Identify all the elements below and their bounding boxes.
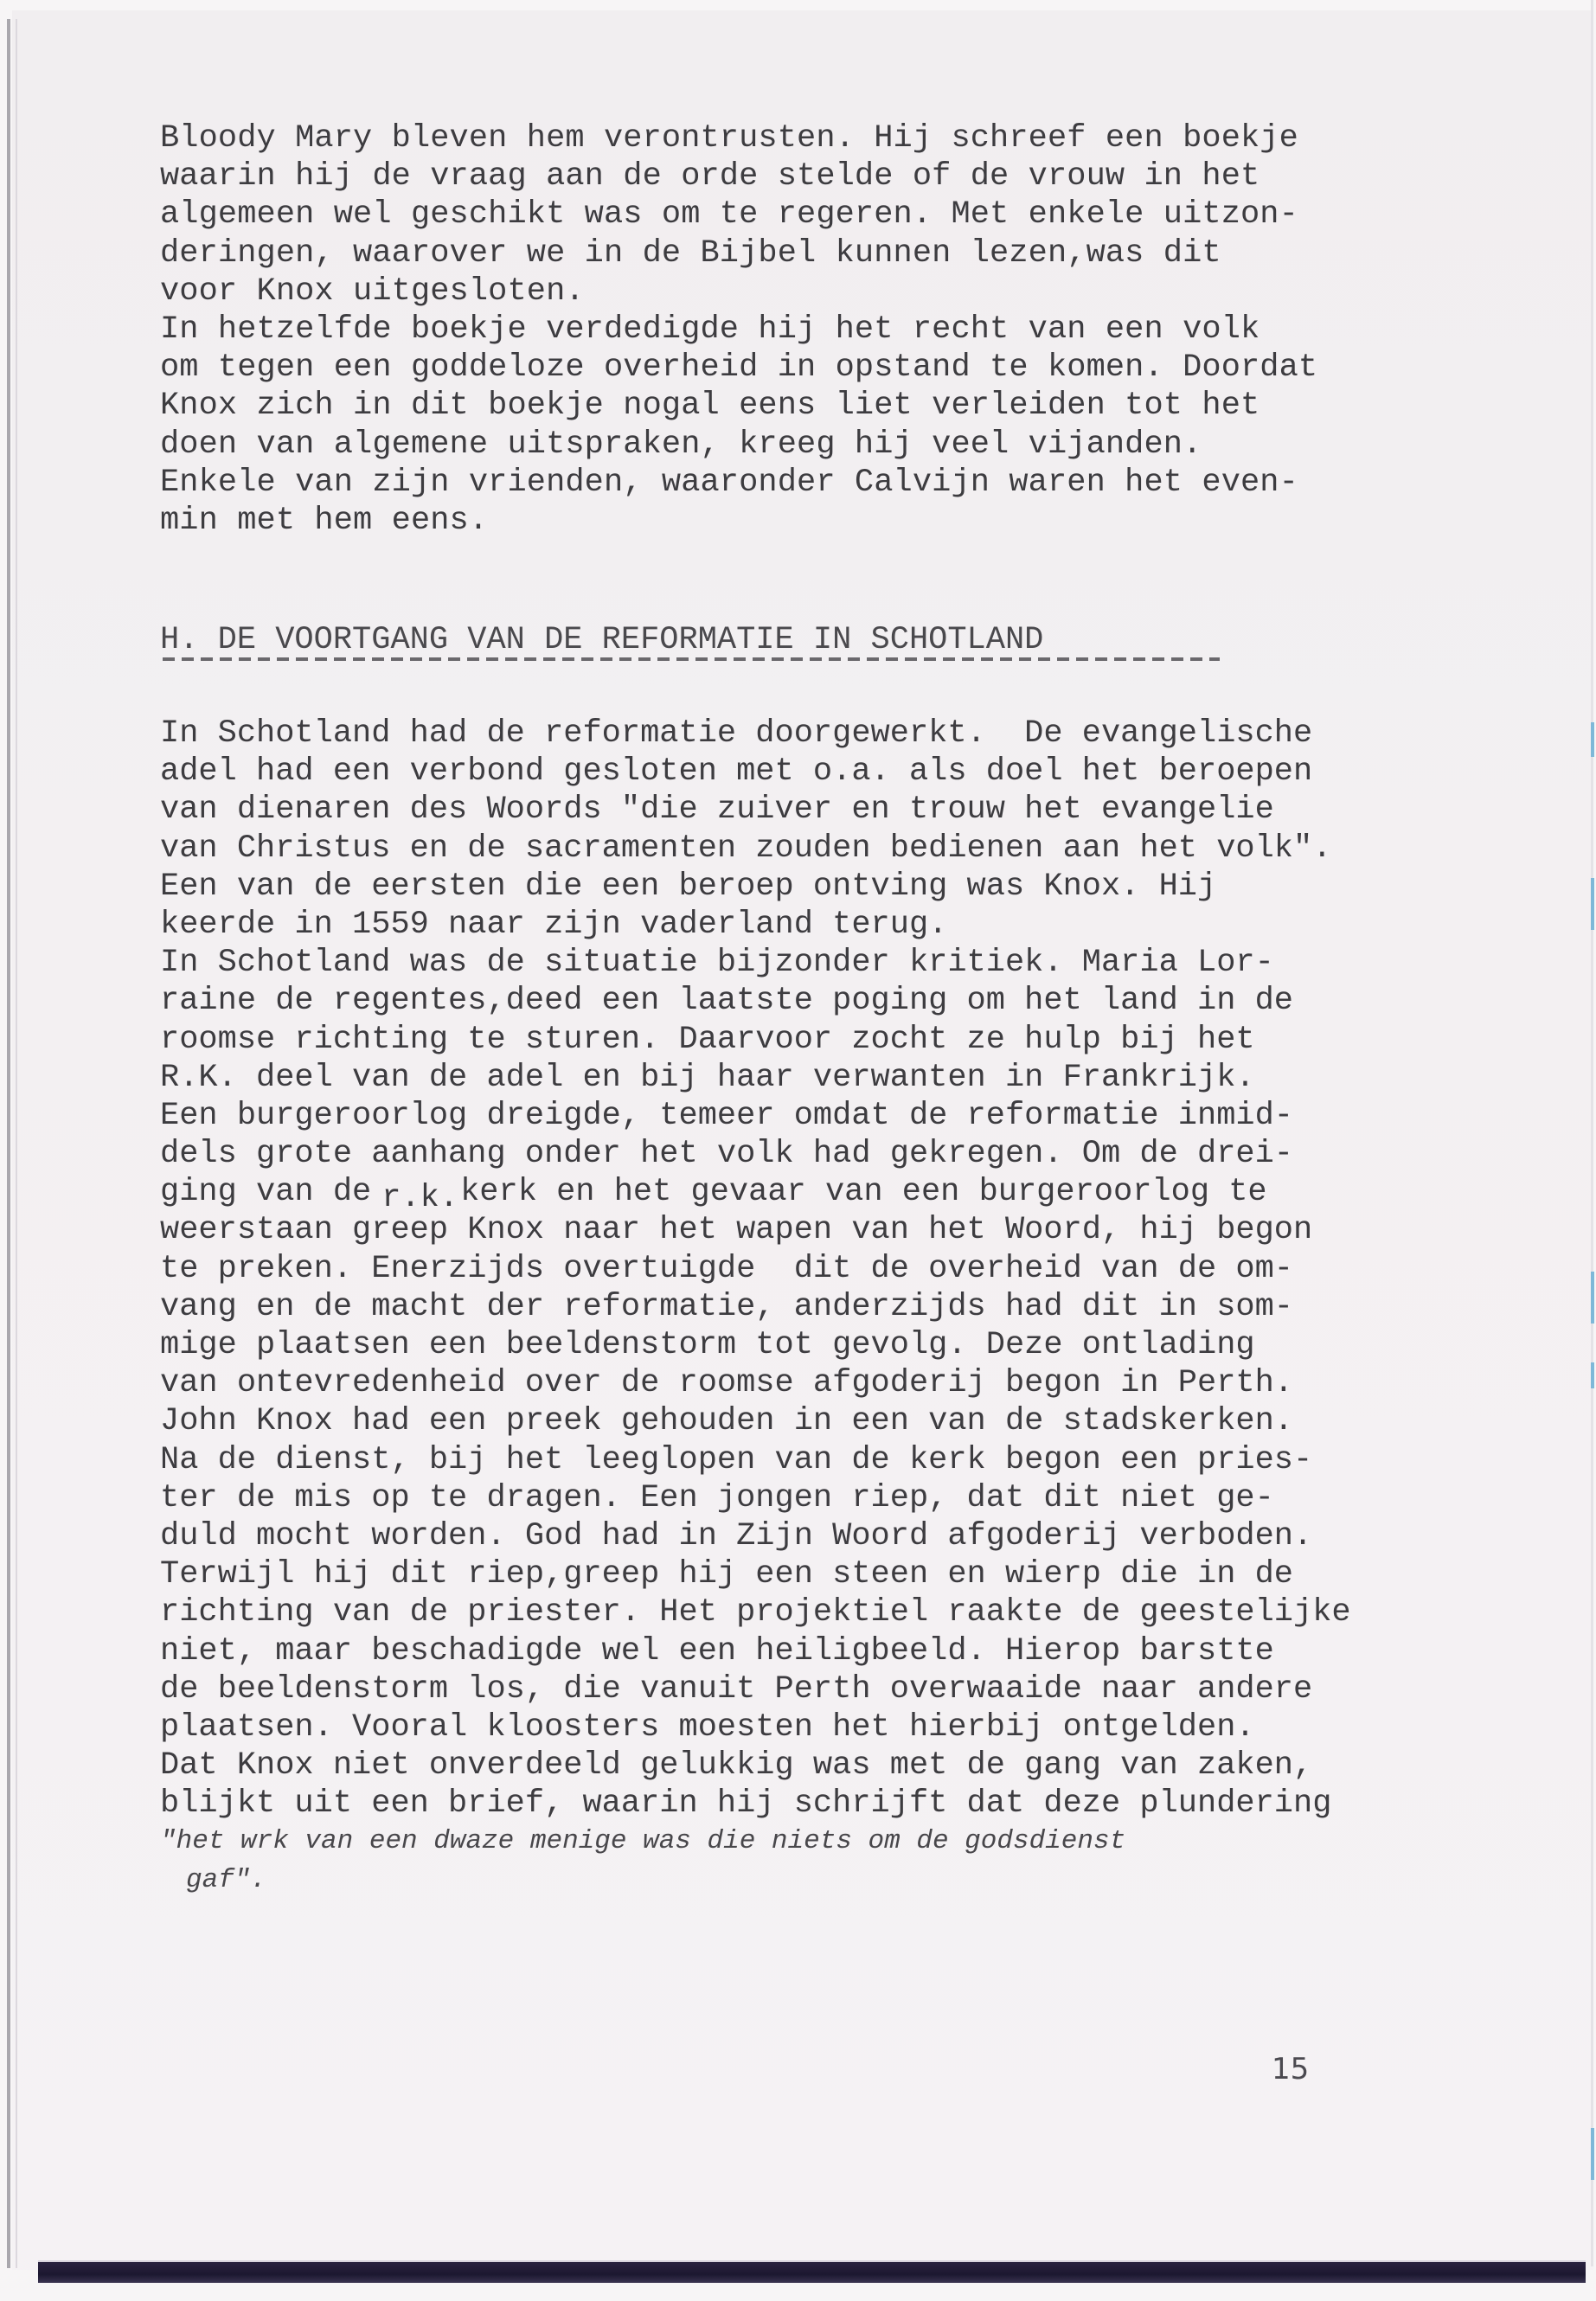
text-line: John Knox had een preek gehouden in een … bbox=[160, 1402, 1414, 1440]
text-line: plaatsen. Vooral kloosters moesten het h… bbox=[160, 1708, 1414, 1747]
text-line: waarin hij de vraag aan de orde stelde o… bbox=[160, 157, 1414, 195]
text-line: dels grote aanhang onder het volk had ge… bbox=[160, 1135, 1414, 1173]
rk-abbreviation: r.k. bbox=[381, 1180, 458, 1216]
text-line: R.K. deel van de adel en bij haar verwan… bbox=[160, 1059, 1414, 1097]
text-line: te preken. Enerzijds overtuigde dit de o… bbox=[160, 1250, 1414, 1288]
text-line: blijkt uit een brief, waarin hij schrijf… bbox=[160, 1785, 1414, 1823]
text-line: duld mocht worden. God had in Zijn Woord… bbox=[160, 1517, 1414, 1555]
heading-dashed-underline bbox=[163, 657, 1220, 661]
text-line: Terwijl hij dit riep,greep hij een steen… bbox=[160, 1555, 1414, 1593]
section-heading: H. DE VOORTGANG VAN DE REFORMATIE IN SCH… bbox=[160, 621, 1043, 659]
text-line: van Christus en de sacramenten zouden be… bbox=[160, 830, 1414, 868]
text-line: de beeldenstorm los, die vanuit Perth ov… bbox=[160, 1670, 1414, 1708]
text-line: algemeen wel geschikt was om te regeren.… bbox=[160, 195, 1414, 234]
right-edge-mark bbox=[1591, 1272, 1594, 1324]
quote-line: gaf". bbox=[160, 1862, 1414, 1900]
text-line: Bloody Mary bleven hem verontrusten. Hij… bbox=[160, 119, 1414, 157]
right-page-edge bbox=[1591, 0, 1593, 2266]
text-line-rk: ging van der.k.kerk en het gevaar van ee… bbox=[160, 1173, 1414, 1211]
text-line: Enkele van zijn vrienden, waaronder Calv… bbox=[160, 464, 1414, 502]
bottom-binding-strip bbox=[38, 2260, 1586, 2283]
paragraph-intro: Bloody Mary bleven hem verontrusten. Hij… bbox=[160, 119, 1414, 540]
text-line: vang en de macht der reformatie, anderzi… bbox=[160, 1288, 1414, 1326]
text-line: keerde in 1559 naar zijn vaderland terug… bbox=[160, 906, 1414, 944]
right-edge-mark bbox=[1591, 722, 1594, 757]
text-line: deringen, waarover we in de Bijbel kunne… bbox=[160, 234, 1414, 272]
text-fragment: ging van de bbox=[160, 1174, 371, 1210]
text-line: ter de mis op te dragen. Een jongen riep… bbox=[160, 1479, 1414, 1517]
text-fragment: kerk en het gevaar van een burgeroorlog … bbox=[460, 1174, 1267, 1210]
text-line: mige plaatsen een beeldenstorm tot gevol… bbox=[160, 1326, 1414, 1364]
text-line: voor Knox uitgesloten. bbox=[160, 272, 1414, 311]
text-line: richting van de priester. Het projektiel… bbox=[160, 1593, 1414, 1631]
text-line: om tegen een goddeloze overheid in opsta… bbox=[160, 349, 1414, 387]
page-number: 15 bbox=[1272, 2052, 1309, 2086]
text-line: roomse richting te sturen. Daarvoor zoch… bbox=[160, 1021, 1414, 1059]
text-line: Een van de eersten die een beroep ontvin… bbox=[160, 868, 1414, 906]
text-line: Een burgeroorlog dreigde, temeer omdat d… bbox=[160, 1097, 1414, 1135]
right-edge-mark bbox=[1591, 878, 1594, 930]
text-line: In Schotland had de reformatie doorgewer… bbox=[160, 715, 1414, 753]
text-line: van ontevredenheid over de roomse afgode… bbox=[160, 1364, 1414, 1402]
text-line: weerstaan greep Knox naar het wapen van … bbox=[160, 1211, 1414, 1249]
text-line: In Schotland was de situatie bijzonder k… bbox=[160, 944, 1414, 982]
left-page-edge bbox=[7, 19, 10, 2268]
left-page-edge-inner bbox=[16, 19, 17, 2268]
text-line: Knox zich in dit boekje nogal eens liet … bbox=[160, 387, 1414, 425]
text-line: van dienaren des Woords "die zuiver en t… bbox=[160, 791, 1414, 829]
text-line: Dat Knox niet onverdeeld gelukkig was me… bbox=[160, 1747, 1414, 1785]
text-line: doen van algemene uitspraken, kreeg hij … bbox=[160, 426, 1414, 464]
right-edge-mark bbox=[1591, 1362, 1594, 1388]
paragraph-reformation-scotland: In Schotland had de reformatie doorgewer… bbox=[160, 715, 1414, 1900]
text-line: In hetzelfde boekje verdedigde hij het r… bbox=[160, 311, 1414, 349]
right-edge-mark bbox=[1591, 2128, 1594, 2180]
text-line: adel had een verbond gesloten met o.a. a… bbox=[160, 753, 1414, 791]
text-line: min met hem eens. bbox=[160, 502, 1414, 540]
text-line: raine de regentes,deed een laatste pogin… bbox=[160, 982, 1414, 1020]
quote-line: "het wrk van een dwaze menige was die ni… bbox=[160, 1823, 1414, 1861]
text-line: niet, maar beschadigde wel een heiligbee… bbox=[160, 1632, 1414, 1670]
text-line: Na de dienst, bij het leeglopen van de k… bbox=[160, 1441, 1414, 1479]
